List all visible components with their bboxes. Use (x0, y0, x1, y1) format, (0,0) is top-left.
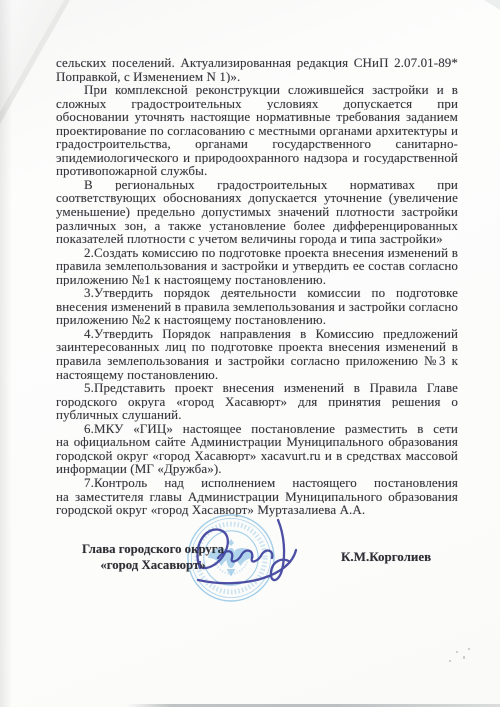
text-line: 6.МКУ «ГИЦ» настоящее постановление разм… (56, 422, 458, 436)
text-line: эпидемиологического и природоохранного н… (56, 151, 458, 165)
text-line: 2.Создать комиссию по подготовке проекта… (56, 246, 458, 260)
text-line: 4.Утвердить Порядок направления в Комисс… (56, 327, 458, 341)
text-line: При комплексной реконструкции сложившейс… (56, 83, 458, 97)
text-line: приложению №1 к настоящему постановлению… (56, 273, 458, 287)
text-line: городской округ «город Хасавюрт» xacavur… (56, 449, 458, 463)
signatory-post-line1: Глава городского округа (76, 541, 230, 557)
text-line: Поправкой, с Изменением N 1)». (56, 70, 458, 84)
document-page: сельских поселений. Актуализированная ре… (0, 0, 500, 707)
text-line: настоящему постановлению. (56, 368, 458, 382)
paragraph: При комплексной реконструкции сложившейс… (56, 83, 458, 178)
text-line: градостроительства, органами государстве… (56, 137, 458, 151)
text-line: городского округа «город Хасавюрт» для п… (56, 395, 458, 409)
text-line: В региональных градостроительных нормати… (56, 178, 458, 192)
text-line: публичных слушаний. (56, 408, 458, 422)
scan-top-right-mark (484, 0, 500, 10)
paragraph: В региональных градостроительных нормати… (56, 178, 458, 246)
text-line: уменьшение) предельно допустимых значени… (56, 205, 458, 219)
body-text: сельских поселений. Актуализированная ре… (56, 56, 458, 517)
text-line: соответствующих обоснованиях допускается… (56, 191, 458, 205)
text-line: на официальном сайте Администрации Муниц… (56, 435, 458, 449)
signatory-name: К.М.Корголиев (341, 549, 431, 565)
paragraph: 6.МКУ «ГИЦ» настоящее постановление разм… (56, 422, 458, 476)
paragraph: 3.Утвердить порядок деятельности комисси… (56, 286, 458, 327)
text-line: правила землепользования и застройки сог… (56, 354, 458, 368)
paragraph: 2.Создать комиссию по подготовке проекта… (56, 246, 458, 287)
text-line: приложению №2 к настоящему постановлению… (56, 313, 458, 327)
text-line: противопожарной службы. (56, 164, 458, 178)
text-line: внесения изменений в правила землепользо… (56, 300, 458, 314)
text-line: 3.Утвердить порядок деятельности комисси… (56, 286, 458, 300)
paragraph: сельских поселений. Актуализированная ре… (56, 56, 458, 83)
scan-speckle (449, 660, 451, 662)
paragraph: 4.Утвердить Порядок направления в Комисс… (56, 327, 458, 381)
signatory-post-line2: «город Хасавюрт» (76, 557, 230, 573)
text-line: 7.Контроль над исполнением настоящего по… (56, 476, 458, 490)
text-line: правила землепользования и застройки и у… (56, 259, 458, 273)
text-line: различных зон, а также установление боле… (56, 219, 458, 233)
text-line: обосновании уточнять настоящие нормативн… (56, 110, 458, 124)
scan-speckle (456, 651, 458, 653)
paragraph: 5.Представить проект внесения изменений … (56, 381, 458, 422)
scan-speckle (463, 656, 465, 659)
text-line: на заместителя главы Администрации Муниц… (56, 490, 458, 504)
text-line: заинтересованных лиц по подготовке проек… (56, 340, 458, 354)
signatory-title: Глава городского округа «город Хасавюрт» (76, 541, 230, 573)
scan-speckle (443, 497, 445, 499)
text-line: информации (МГ «Дружба»). (56, 462, 458, 476)
text-line: сельских поселений. Актуализированная ре… (56, 56, 458, 70)
text-line: показателей плотности с учетом величины … (56, 232, 458, 246)
text-line: сложных градостроительных условиях допус… (56, 97, 458, 111)
text-line: 5.Представить проект внесения изменений … (56, 381, 458, 395)
scan-speckle (468, 648, 470, 650)
scan-left-shadow (0, 0, 12, 707)
text-line: проектирование по согласованию с местным… (56, 124, 458, 138)
